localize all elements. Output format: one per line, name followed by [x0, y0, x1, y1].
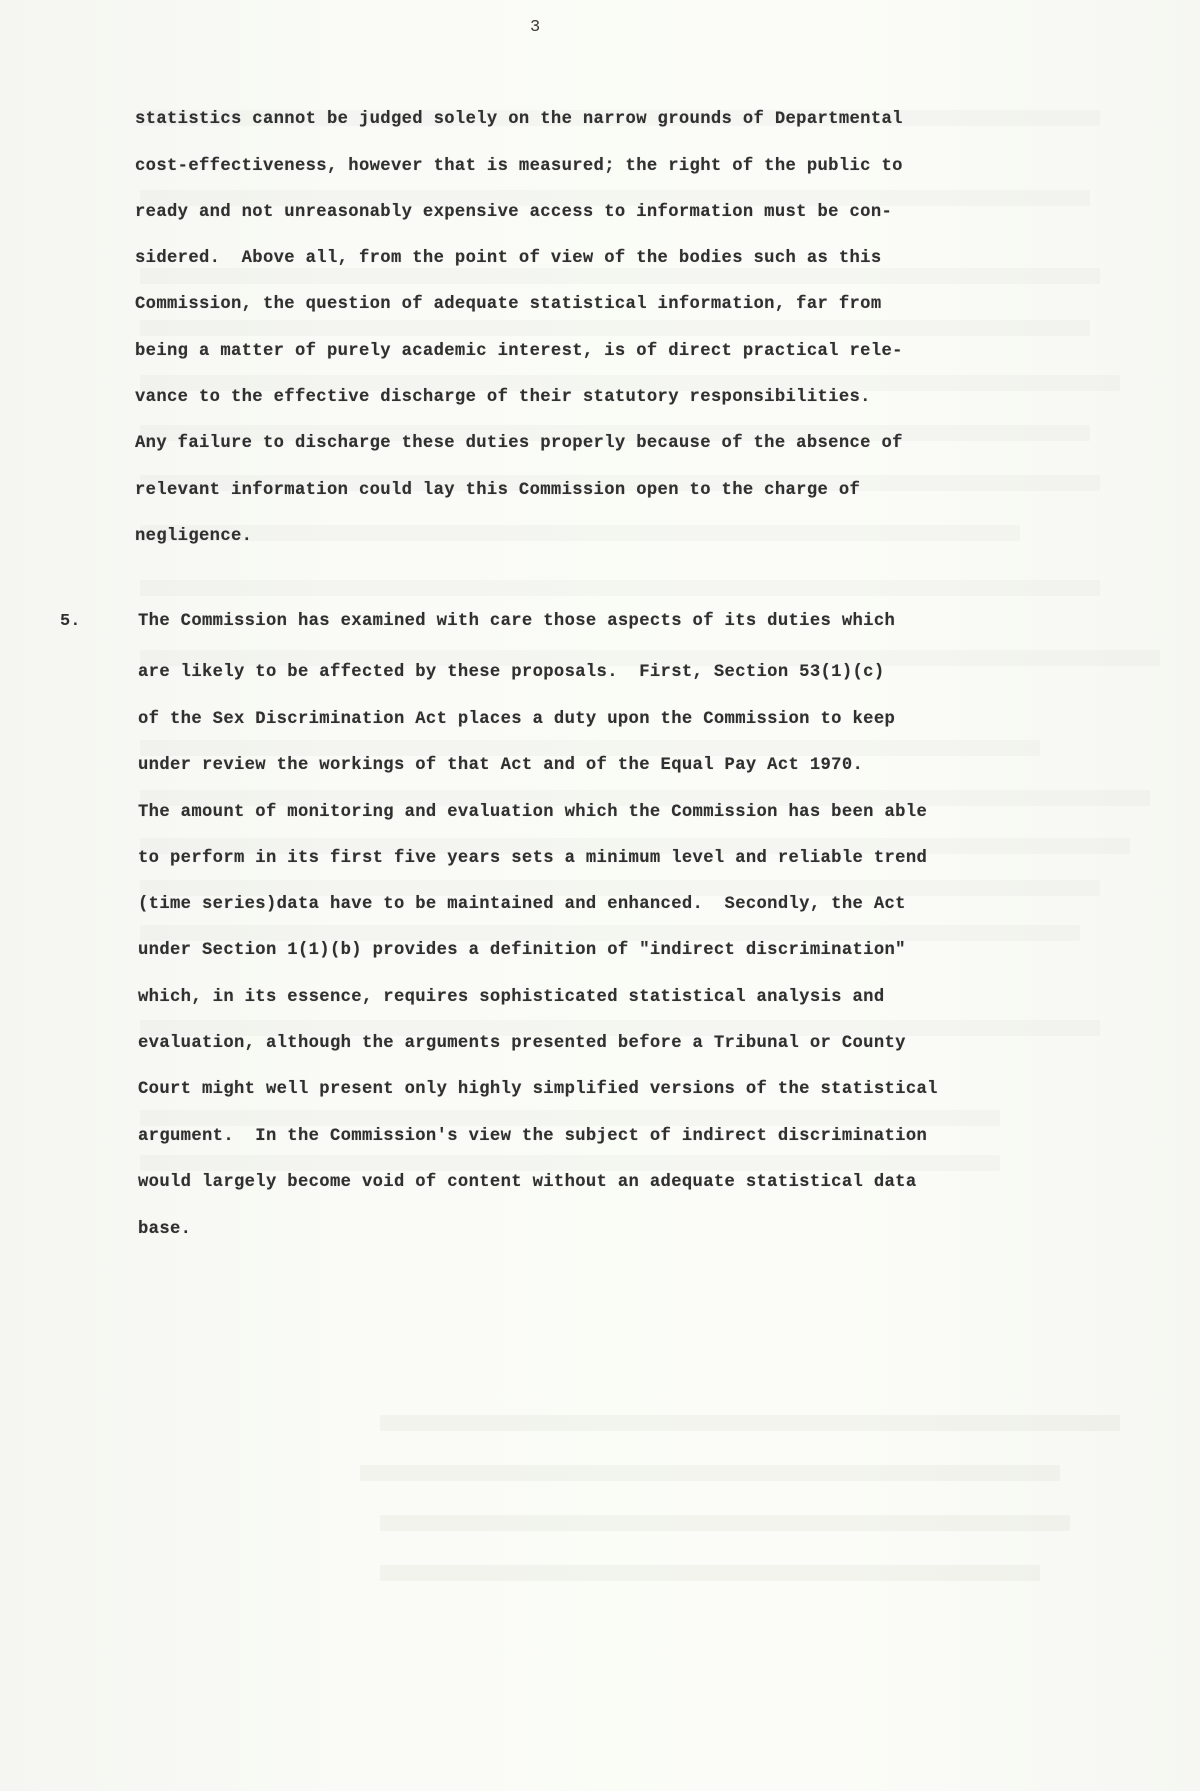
paragraph-line: The Commission has examined with care th… — [138, 612, 895, 631]
page-number: 3 — [530, 18, 540, 37]
paragraph-line: The amount of monitoring and evaluation … — [138, 803, 927, 822]
document-page: 3 statistics cannot be judged solely on … — [0, 0, 1200, 1791]
paragraph-line: are likely to be affected by these propo… — [138, 663, 885, 682]
paragraph-line: (time series)data have to be maintained … — [138, 895, 906, 914]
paragraph-line: negligence. — [135, 527, 252, 546]
paragraph-line: relevant information could lay this Comm… — [135, 481, 860, 500]
paragraph-line: of the Sex Discrimination Act places a d… — [138, 710, 895, 729]
paragraph-line: base. — [138, 1220, 191, 1239]
paragraph-line: evaluation, although the arguments prese… — [138, 1034, 906, 1053]
paragraph-line: Any failure to discharge these duties pr… — [135, 434, 903, 453]
paragraph-line: to perform in its first five years sets … — [138, 849, 927, 868]
paragraph-line: Commission, the question of adequate sta… — [135, 295, 882, 314]
paragraph-line: cost-effectiveness, however that is meas… — [135, 157, 903, 176]
paragraph-number: 5. — [60, 612, 80, 631]
paragraph-line: under review the workings of that Act an… — [138, 756, 863, 775]
paragraph-line: would largely become void of content wit… — [138, 1173, 916, 1192]
paragraph-line: which, in its essence, requires sophisti… — [138, 988, 885, 1007]
paragraph-line: being a matter of purely academic intere… — [135, 342, 903, 361]
paragraph-line: sidered. Above all, from the point of vi… — [135, 249, 882, 268]
paragraph-line: statistics cannot be judged solely on th… — [135, 110, 903, 129]
paragraph-line: vance to the effective discharge of thei… — [135, 388, 871, 407]
paragraph-line: argument. In the Commission's view the s… — [138, 1127, 927, 1146]
paragraph-line: ready and not unreasonably expensive acc… — [135, 203, 892, 222]
paragraph-line: Court might well present only highly sim… — [138, 1080, 938, 1099]
paragraph-line: under Section 1(1)(b) provides a definit… — [138, 941, 906, 960]
